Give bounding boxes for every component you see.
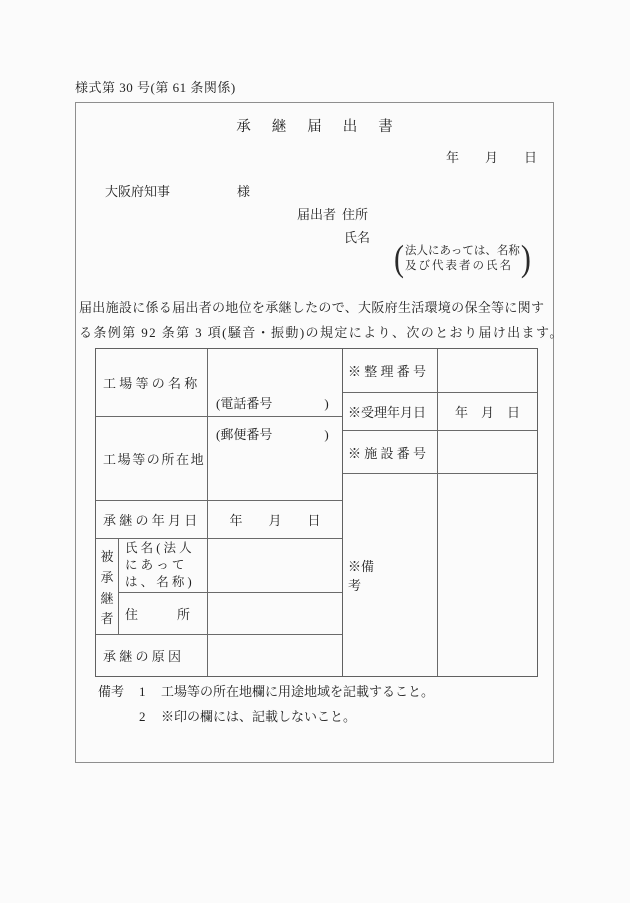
body-text-line1: 届出施設に係る届出者の地位を承継したので、大阪府生活環境の保全等に関す: [79, 297, 553, 316]
footnote-heading-spacer: [98, 704, 139, 729]
predecessor-char-4: 者: [100, 608, 113, 627]
reference-number-label: ※ 整 理 番 号: [343, 349, 438, 392]
predecessor-name-row: 氏 名 ( 法 人 に あ っ て は 、 名 称 ): [119, 539, 342, 593]
predecessor-subtable: 氏 名 ( 法 人 に あ っ て は 、 名 称 ) 住 所: [119, 539, 342, 634]
corporation-note: ( 法人にあっては、名称 及び代表者の氏名 ): [394, 244, 531, 274]
predecessor-name-label-line1: 氏 名 ( 法 人: [125, 540, 207, 557]
form-table: 工 場 等 の 名 称 (電話番号 ) 工場等の所在地 (郵便番号 ) 承 継 …: [95, 348, 538, 677]
open-paren: (: [394, 240, 404, 278]
factory-address-field: (郵便番号 ): [208, 417, 342, 500]
footnote-2-text: ※印の欄には、記載しないこと。: [161, 704, 356, 729]
predecessor-address-row: 住 所: [119, 593, 342, 634]
predecessor-name-label: 氏 名 ( 法 人 に あ っ て は 、 名 称 ): [119, 539, 208, 592]
factory-name-field: (電話番号 ): [208, 349, 342, 416]
notifier-label: 届出者: [297, 207, 336, 222]
corporation-note-line1: 法人にあっては、名称: [405, 244, 520, 259]
reference-number-field: [438, 349, 537, 392]
footnotes: 備考 1 工場等の所在地欄に用途地域を記載すること。 2 ※印の欄には、記載しな…: [98, 679, 434, 729]
close-paren: ): [521, 240, 531, 278]
submission-date-placeholder: 年 月 日: [446, 147, 537, 166]
phone-number-placeholder: (電話番号 ): [216, 393, 329, 412]
factory-address-label: 工場等の所在地: [96, 417, 208, 500]
predecessor-char-3: 継: [100, 588, 113, 607]
predecessor-char-1: 被: [100, 546, 113, 565]
notifier-line: 届出者住所: [297, 204, 368, 223]
succession-date-placeholder: 年 月 日: [229, 510, 320, 529]
predecessor-char-2: 承: [100, 567, 113, 586]
succession-cause-row: 承 継 の 原 因: [96, 635, 342, 676]
remarks-label: ※備 考: [343, 474, 438, 676]
footnote-2: 2 ※印の欄には、記載しないこと。: [98, 704, 434, 729]
succession-cause-field: [208, 635, 342, 676]
predecessor-address-label: 住 所: [119, 593, 208, 634]
receipt-date-placeholder: 年 月 日: [455, 402, 520, 421]
facility-number-field: [438, 431, 537, 473]
succession-date-label: 承 継 の 年 月 日: [96, 501, 208, 539]
facility-number-label: ※ 施 設 番 号: [343, 431, 438, 473]
form-page: 様式第 30 号(第 61 条関係) 承継届出書 年 月 日 大阪府知事様 届出…: [0, 0, 630, 903]
form-number: 様式第 30 号(第 61 条関係): [75, 77, 236, 96]
form-outer-box: 承継届出書 年 月 日 大阪府知事様 届出者住所 氏名 ( 法人にあっては、名称…: [75, 102, 554, 763]
footnote-1-number: 1: [139, 679, 161, 704]
remarks-field: [438, 474, 537, 676]
table-right-section: ※ 整 理 番 号 ※受理年月日 年 月 日 ※ 施 設 番 号 ※備 考: [343, 349, 537, 676]
addressee-name: 大阪府知事: [105, 184, 170, 199]
factory-address-row: 工場等の所在地 (郵便番号 ): [96, 417, 342, 501]
footnote-1: 備考 1 工場等の所在地欄に用途地域を記載すること。: [98, 679, 434, 704]
notifier-name-label: 氏名: [344, 227, 370, 246]
predecessor-name-field: [208, 539, 342, 592]
remarks-row: ※備 考: [343, 474, 537, 676]
corporation-note-text: 法人にあっては、名称 及び代表者の氏名: [405, 244, 520, 274]
succession-date-row: 承 継 の 年 月 日 年 月 日: [96, 501, 342, 540]
footnote-1-text: 工場等の所在地欄に用途地域を記載すること。: [161, 679, 434, 704]
predecessor-name-label-line3: は 、 名 称 ): [125, 574, 207, 591]
notifier-address-label: 住所: [342, 207, 368, 222]
succession-date-field: 年 月 日: [208, 501, 342, 539]
form-title: 承継届出書: [76, 115, 553, 136]
addressee-line: 大阪府知事様: [105, 181, 250, 200]
corporation-note-line2: 及び代表者の氏名: [405, 259, 520, 274]
receipt-date-label: ※受理年月日: [343, 393, 438, 430]
predecessor-name-label-line2: に あ っ て: [125, 557, 207, 574]
addressee-honorific: 様: [237, 184, 250, 199]
predecessor-vertical-label: 被 承 継 者: [96, 539, 119, 634]
factory-name-row: 工 場 等 の 名 称 (電話番号 ): [96, 349, 342, 417]
body-text-line2: る条例第 92 条第 3 項(騒音・振動)の規定により、次のとおり届け出ます。: [79, 322, 553, 341]
reference-number-row: ※ 整 理 番 号: [343, 349, 537, 393]
table-left-section: 工 場 等 の 名 称 (電話番号 ) 工場等の所在地 (郵便番号 ) 承 継 …: [96, 349, 343, 676]
predecessor-address-field: [208, 593, 342, 634]
facility-number-row: ※ 施 設 番 号: [343, 431, 537, 474]
predecessor-row: 被 承 継 者 氏 名 ( 法 人 に あ っ て は 、 名 称 ): [96, 539, 342, 635]
postal-code-placeholder: (郵便番号 ): [216, 424, 329, 443]
footnote-heading: 備考: [98, 679, 139, 704]
receipt-date-row: ※受理年月日 年 月 日: [343, 393, 537, 431]
succession-cause-label: 承 継 の 原 因: [96, 635, 208, 676]
receipt-date-field: 年 月 日: [438, 393, 537, 430]
factory-name-label: 工 場 等 の 名 称: [96, 349, 208, 416]
footnote-2-number: 2: [139, 704, 161, 729]
